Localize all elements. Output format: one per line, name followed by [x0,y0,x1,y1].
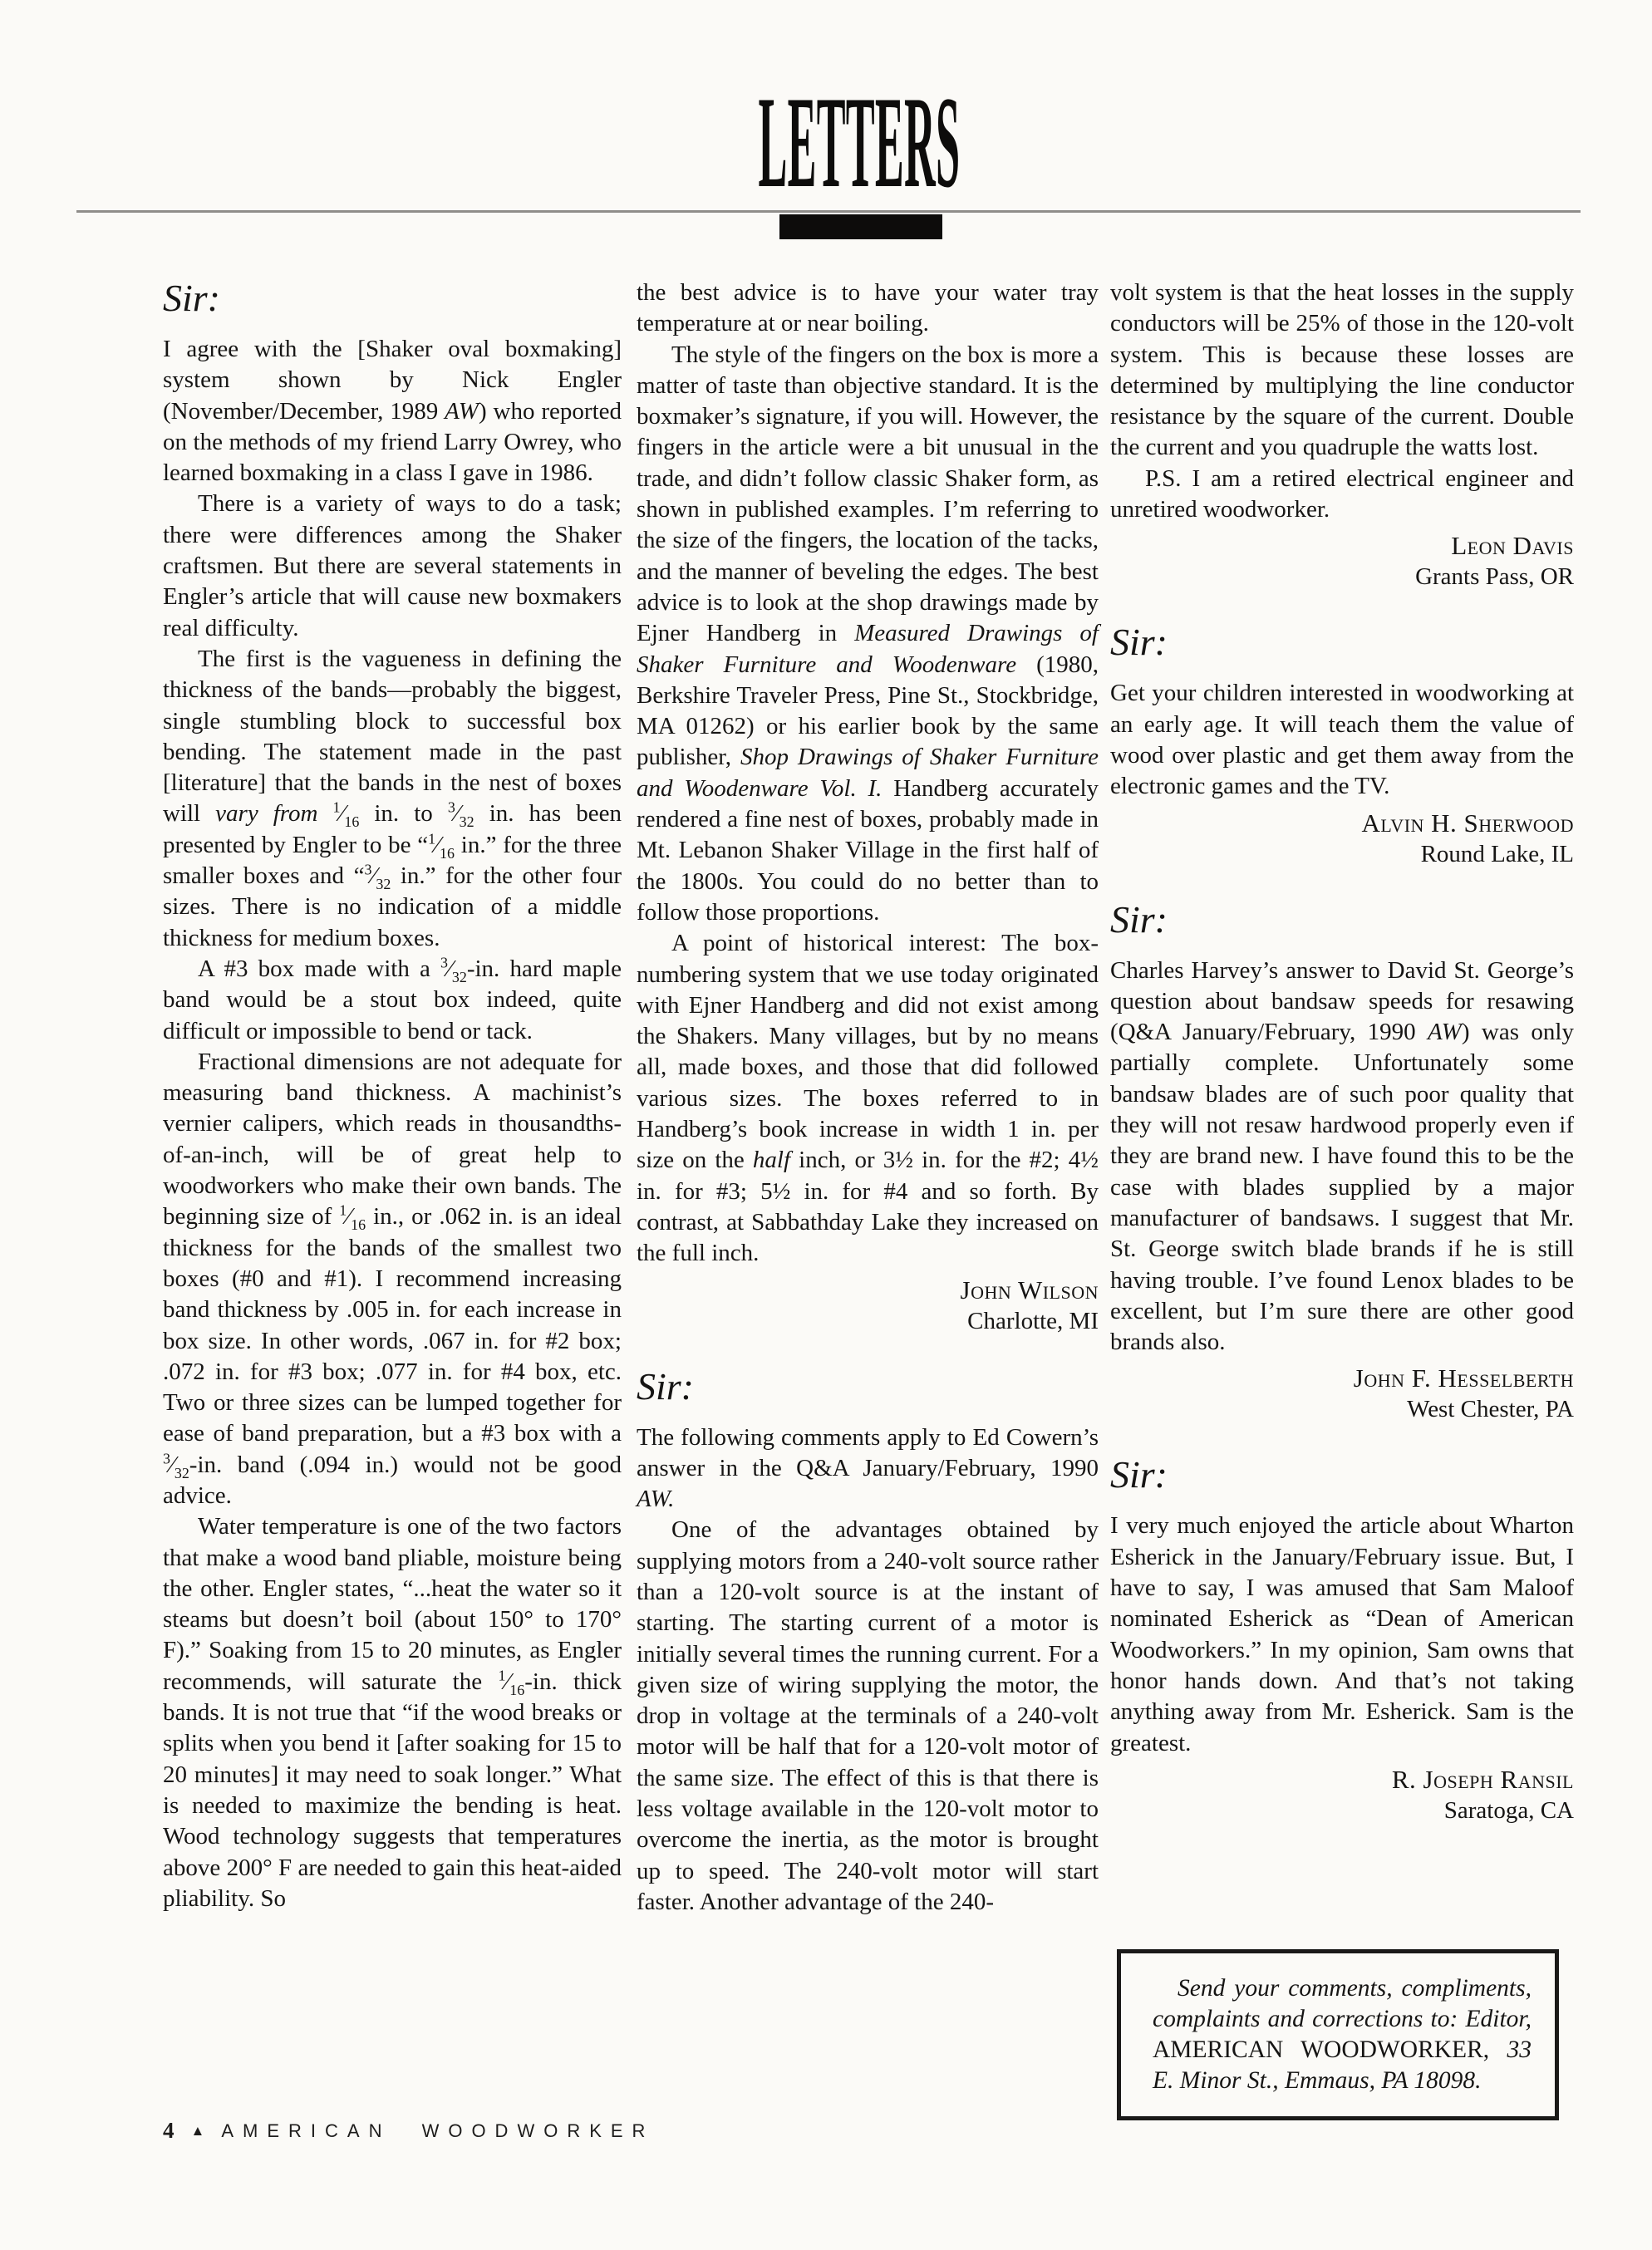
letter-salutation: Sir: [163,278,622,319]
letter-paragraph: A point of historical interest: The box-… [637,928,1099,1269]
page-footer: 4 ▲ AMERICAN WOODWORKER [163,2118,654,2144]
letter-paragraph: I agree with the [Shaker oval boxmaking]… [163,334,622,489]
letter-paragraph: the best advice is to have your water tr… [637,278,1099,340]
header-rule [76,210,1581,213]
masthead: LETTERS [66,93,1652,193]
editor-address-notice-box: Send your comments, compliments, complai… [1117,1949,1559,2120]
triangle-icon: ▲ [191,2124,205,2138]
letter-paragraph: A #3 box made with a 3⁄32-in. hard maple… [163,954,622,1047]
signature-location: Saratoga, CA [1110,1796,1574,1825]
signature-name: John Wilson [637,1275,1099,1306]
letter-paragraph: There is a variety of ways to do a task;… [163,489,622,643]
letters-column-1: Sir:I agree with the [Shaker oval boxmak… [163,278,622,1914]
signature-location: Grants Pass, OR [1110,562,1574,592]
letter-salutation: Sir: [1110,1454,1574,1496]
letter-paragraph: I very much enjoyed the article about Wh… [1110,1511,1574,1758]
letter-paragraph: One of the advantages obtained by supply… [637,1515,1099,1918]
letter-paragraph: Water temperature is one of the two fact… [163,1511,622,1914]
letter-salutation: Sir: [1110,899,1574,941]
letters-column-3: volt system is that the heat losses in t… [1110,278,1574,1829]
signature-location: West Chester, PA [1110,1394,1574,1424]
letter-paragraph: The following comments apply to Ed Cower… [637,1422,1099,1516]
letter-paragraph: P.S. I am a retired electrical engineer … [1110,464,1574,526]
signature-name: Leon Davis [1110,530,1574,562]
letters-column-2: the best advice is to have your water tr… [637,278,1099,1918]
letter-paragraph: Get your children interested in woodwork… [1110,678,1574,802]
signature-location: Charlotte, MI [637,1306,1099,1336]
letter-paragraph: volt system is that the heat losses in t… [1110,278,1574,464]
signature-name: Alvin H. Sherwood [1110,808,1574,839]
letter-paragraph: The first is the vagueness in defining t… [163,644,622,954]
letter-paragraph: The style of the fingers on the box is m… [637,340,1099,929]
letter-paragraph: Fractional dimensions are not adequate f… [163,1047,622,1511]
signature-name: John F. Hesselberth [1110,1363,1574,1394]
page-title: LETTERS [759,93,961,193]
letter-salutation: Sir: [637,1366,1099,1407]
letter-salutation: Sir: [1110,621,1574,663]
page-number: 4 [163,2118,175,2144]
magazine-name: AMERICAN WOODWORKER [221,2120,654,2142]
signature-location: Round Lake, IL [1110,839,1574,869]
letter-paragraph: Charles Harvey’s answer to David St. Geo… [1110,956,1574,1358]
header-title-underline-bar [779,214,942,239]
signature-name: R. Joseph Ransil [1110,1764,1574,1796]
magazine-letters-page: LETTERS Sir:I agree with the [Shaker ova… [0,0,1652,2250]
